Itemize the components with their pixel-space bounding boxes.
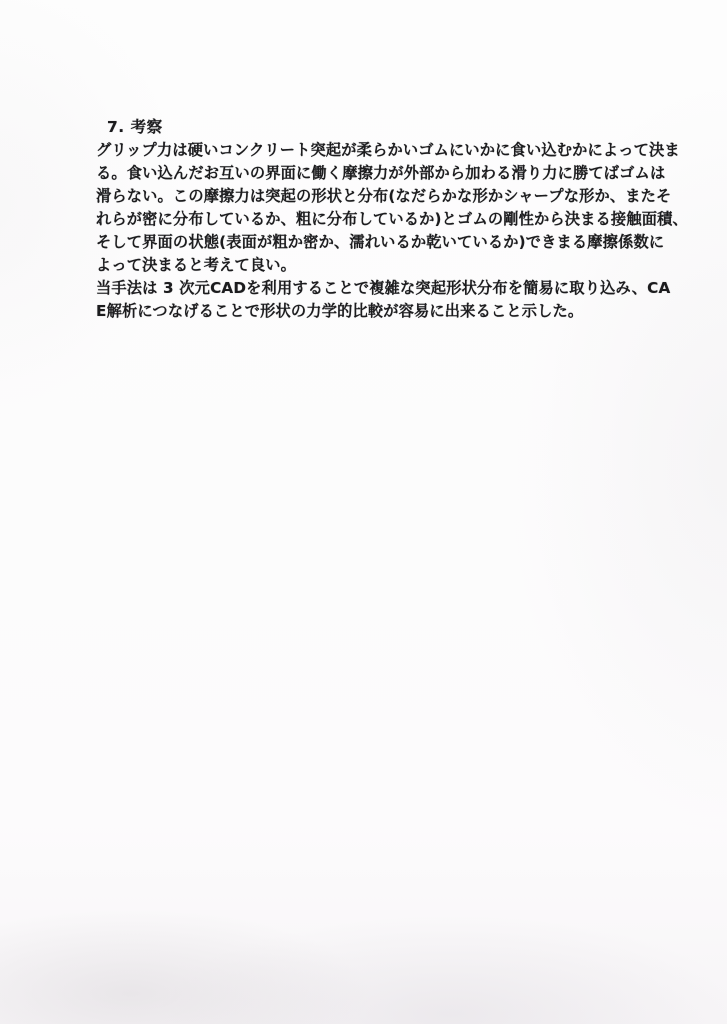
text-block: 7. 考察 グリップ力は硬いコンクリート突起が柔らかいゴムにいかに食い込むかによ… [96,116,644,323]
scanned-document-page: 7. 考察 グリップ力は硬いコンクリート突起が柔らかいゴムにいかに食い込むかによ… [0,0,727,1024]
paragraph-method-summary: 当手法は 3 次元CADを利用することで複雑な突起形状分布を簡易に取り込み、CA… [96,277,644,323]
text-line: 当手法は 3 次元CADを利用することで複雑な突起形状分布を簡易に取り込み、CA [96,277,644,300]
text-line: E解析につなげることで形状の力学的比較が容易に出来ること示した。 [96,300,644,323]
text-line: る。食い込んだお互いの界面に働く摩擦力が外部から加わる滑り力に勝てばゴムは [96,162,644,185]
text-line: よって決まると考えて良い。 [96,254,644,277]
paragraph-discussion: グリップ力は硬いコンクリート突起が柔らかいゴムにいかに食い込むかによって決ま る… [96,139,644,277]
section-heading: 7. 考察 [96,116,644,139]
text-line: グリップ力は硬いコンクリート突起が柔らかいゴムにいかに食い込むかによって決ま [96,139,644,162]
text-line: そして界面の状態(表面が粗か密か、濡れいるか乾いているか)できまる摩擦係数に [96,231,644,254]
text-line: れらが密に分布しているか、粗に分布しているか)とゴムの剛性から決まる接触面積、 [96,208,644,231]
text-line: 滑らない。この摩擦力は突起の形状と分布(なだらかな形かシャープな形か、またそ [96,185,644,208]
